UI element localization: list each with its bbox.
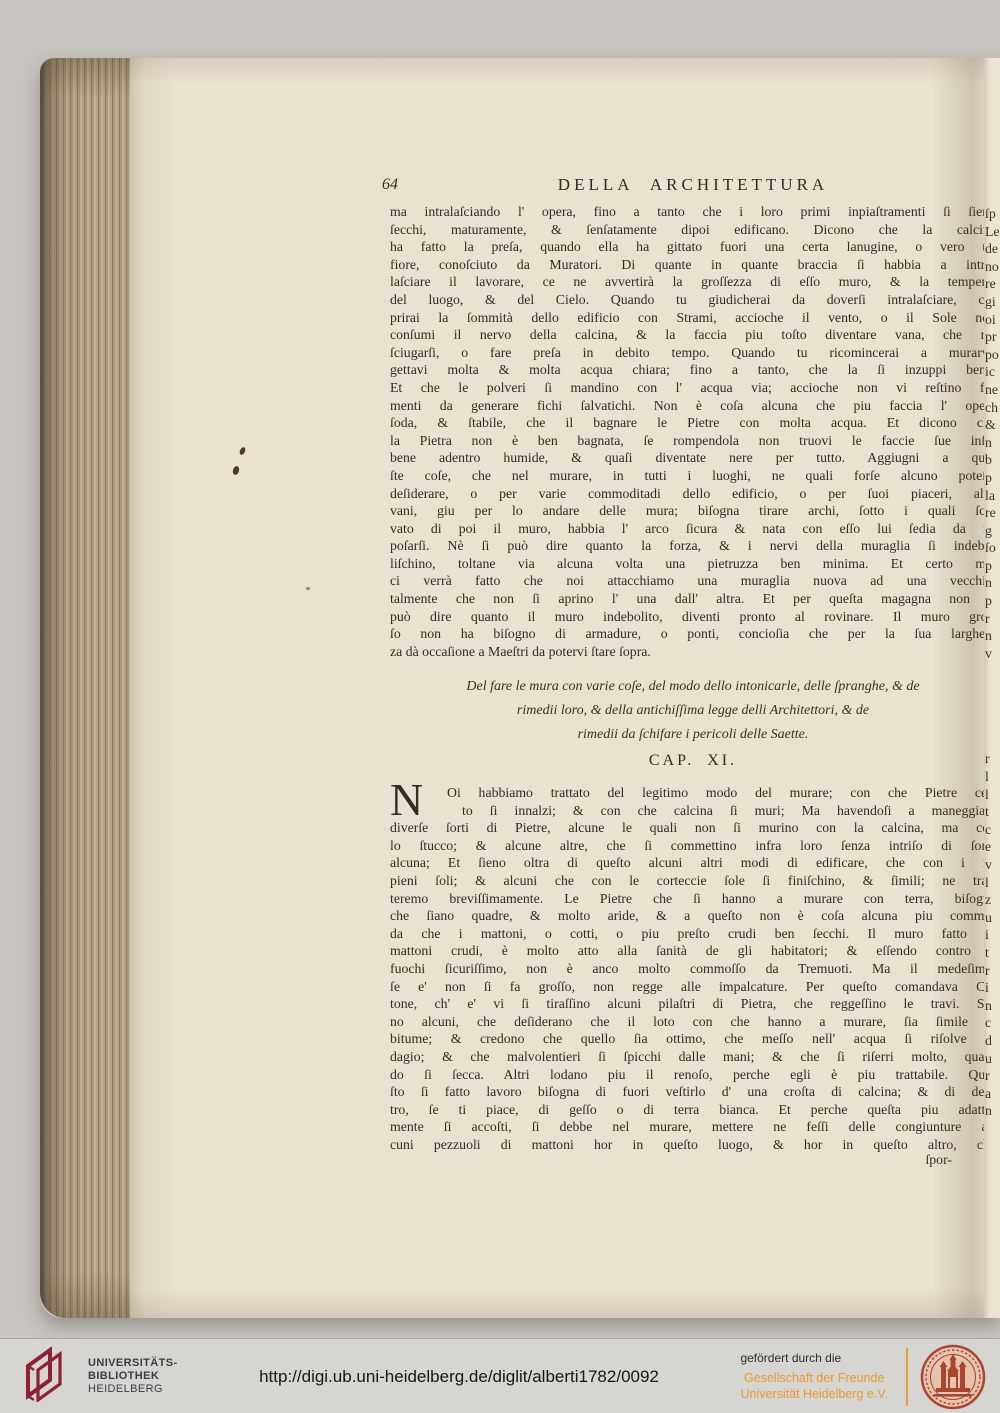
library-name-line: HEIDELBERG — [88, 1383, 178, 1396]
chapter-heading: CAP. XI. — [390, 752, 996, 770]
running-title: DELLA ARCHITETTURA — [390, 175, 996, 195]
open-book-icon — [24, 1346, 76, 1407]
book-page-surface: 64 DELLA ARCHITETTURA ma intralaſciando … — [130, 58, 1000, 1318]
section-heading: Del fare le mura con varie coſe, del mod… — [390, 675, 996, 747]
facing-page-text-fragments: ſpLedenoregioiprpoicnech&nbplaregſopnprn… — [985, 205, 1000, 1120]
funding-org-line: Universität Heidelberg e.V. — [740, 1386, 888, 1402]
document-url: http://digi.ub.uni-heidelberg.de/diglit/… — [178, 1367, 741, 1387]
footer-divider — [906, 1348, 908, 1406]
funding-credit: gefördert durch die Gesellschaft der Fre… — [740, 1351, 888, 1402]
gutter-shadow — [932, 58, 984, 1318]
book-fore-edge — [40, 58, 130, 1318]
library-branding: UNIVERSITÄTS- BIBLIOTHEK HEIDELBERG — [24, 1346, 178, 1407]
library-name-line: UNIVERSITÄTS- — [88, 1357, 178, 1370]
university-seal-icon — [920, 1344, 986, 1410]
funding-org-line: Gesellschaft der Freunde — [740, 1370, 888, 1386]
funding-prefix: gefördert durch die — [740, 1351, 888, 1365]
catchword: ſpor- — [390, 1152, 952, 1168]
body-paragraph-1: ma intralaſciando l' opera, fino a tanto… — [390, 203, 996, 660]
margin-ink-mark — [232, 465, 240, 475]
funding-organization: Gesellschaft der Freunde Universität Hei… — [740, 1370, 888, 1402]
library-name: UNIVERSITÄTS- BIBLIOTHEK HEIDELBERG — [88, 1357, 178, 1396]
book: 64 DELLA ARCHITETTURA ma intralaſciando … — [40, 58, 1000, 1318]
margin-ink-mark — [306, 587, 310, 590]
library-footer-bar: UNIVERSITÄTS- BIBLIOTHEK HEIDELBERG http… — [0, 1338, 1000, 1413]
margin-ink-mark — [239, 446, 247, 455]
digitized-book-scan: 64 DELLA ARCHITETTURA ma intralaſciando … — [0, 0, 1000, 1413]
body-paragraph-2: Oi habbiamo trattato del legitimo modo d… — [390, 784, 996, 1153]
library-name-line: BIBLIOTHEK — [88, 1370, 178, 1383]
